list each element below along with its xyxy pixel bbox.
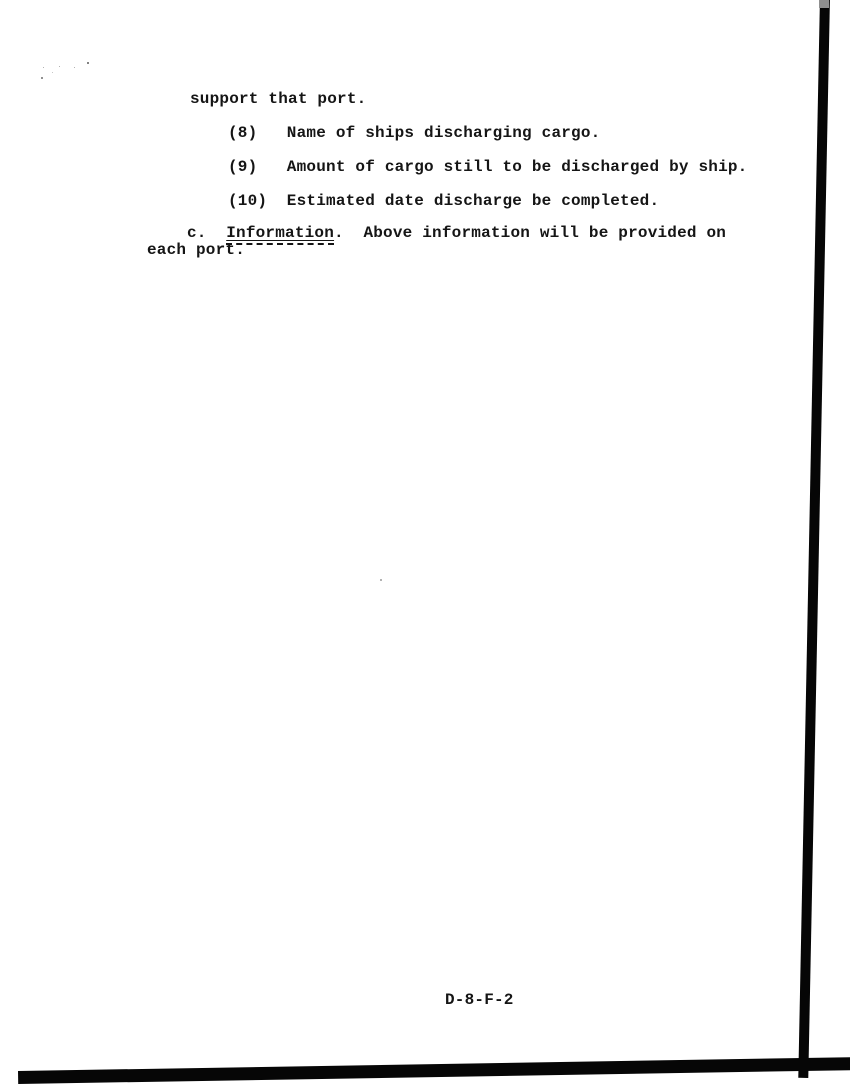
scan-speckle (74, 67, 75, 68)
paragraph-c-text: . Above information will be provided on (334, 224, 726, 242)
scan-speckle (43, 67, 44, 68)
scan-edge-bottom (18, 1057, 850, 1084)
scan-speckle (59, 66, 60, 67)
paragraph-b-continuation-line: support that port. (190, 91, 366, 107)
paragraph-c-label: c. (187, 224, 226, 242)
scan-speckle (380, 579, 382, 581)
paragraph-c-line2: each port. (147, 242, 245, 258)
scan-edge-right-cap (819, 0, 829, 8)
numbered-item-8: (8) Name of ships discharging cargo. (228, 125, 600, 141)
numbered-item-10: (10) Estimated date discharge be complet… (228, 193, 659, 209)
scan-edge-right (798, 0, 830, 1078)
page-number: D-8-F-2 (445, 992, 514, 1008)
scan-speckle (41, 77, 43, 79)
scan-speckle (87, 62, 89, 64)
numbered-item-9: (9) Amount of cargo still to be discharg… (228, 159, 747, 175)
scanned-document-page: support that port. (8) Name of ships dis… (0, 0, 850, 1092)
scan-speckle (52, 72, 53, 73)
paragraph-c-line1: c. Information. Above information will b… (187, 225, 726, 241)
